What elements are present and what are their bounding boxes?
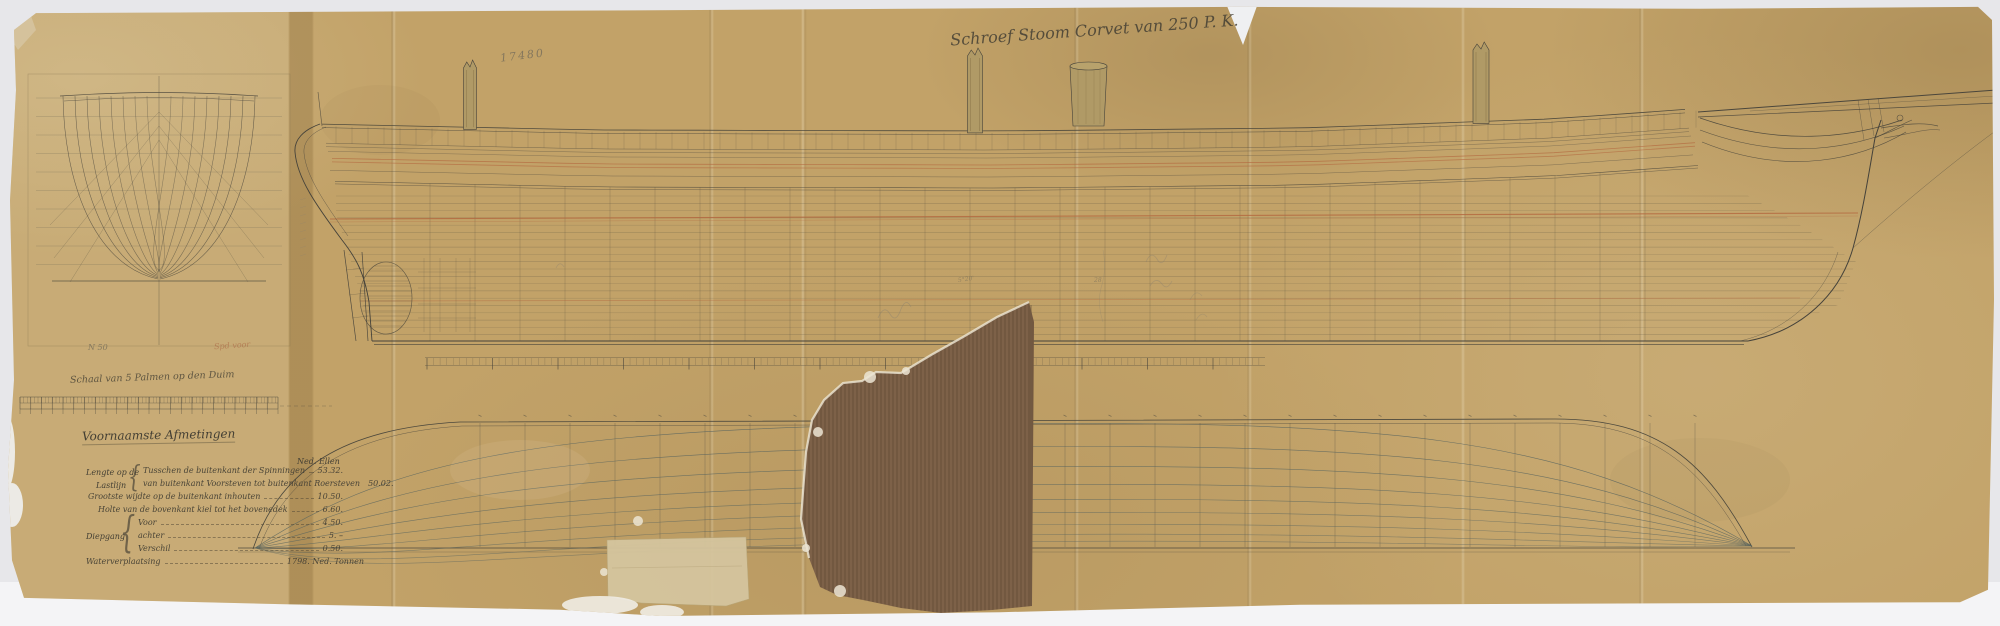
body-plan <box>28 74 290 346</box>
table-row: van buitenkant Voorsteven tot buitenkant… <box>143 479 343 488</box>
scale-bar <box>20 397 332 414</box>
table-row: Tusschen de buitenkant der Spinningen53.… <box>143 466 343 475</box>
table-group-length-brace: { <box>128 458 141 494</box>
pencil-mark-b: 28 <box>1094 277 1102 284</box>
sheer-plan <box>295 42 1996 370</box>
dimension-table-unit-header: Ned. Ellen <box>297 457 340 466</box>
paper-sheet: Schroef Stoom Corvet van 250 P. K. 17480… <box>0 0 2000 626</box>
frame-pencil-note: N 50 <box>88 343 108 352</box>
table-row: achter5. – <box>138 531 343 540</box>
table-row: Waterverplaatsing1798. Ned. Tonnen <box>86 557 364 566</box>
table-row: Voor4.50. <box>138 518 343 527</box>
table-row: Verschil0.50. <box>138 544 343 553</box>
dimension-table-heading: Voornaamste Afmetingen <box>82 427 236 446</box>
table-group-length-word2: Lastlijn <box>96 481 126 490</box>
table-group-draught-brace: { <box>120 507 135 557</box>
table-row: Grootste wijdte op de buitenkant inhoute… <box>88 492 343 501</box>
scan-background: Schroef Stoom Corvet van 250 P. K. 17480… <box>0 0 2000 626</box>
